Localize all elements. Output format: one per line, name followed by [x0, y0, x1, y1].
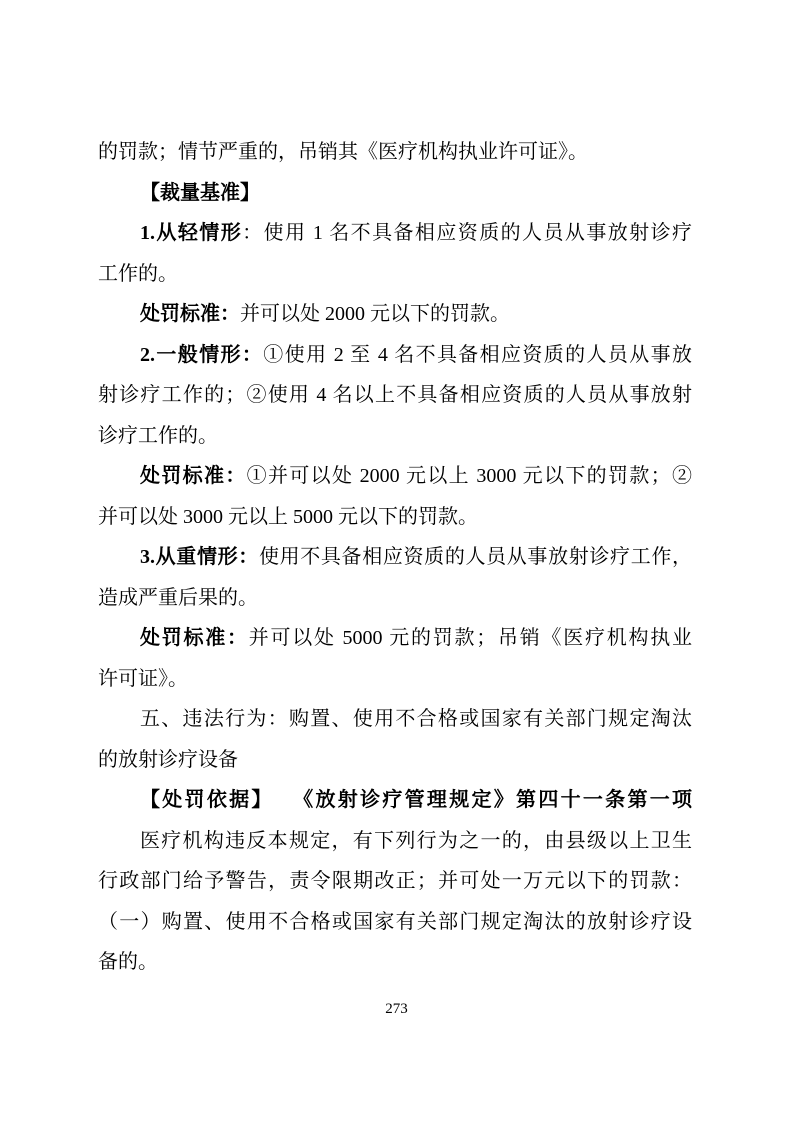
text-segment: 并可以处 3000 元以上 5000 元以下的罚款。 — [98, 506, 478, 528]
bold-text-segment: 《放射诊疗管理规定》第四十一条第一项 — [293, 789, 692, 811]
text-segment: 许可证》。 — [98, 668, 188, 690]
text-line: 许可证》。 — [98, 659, 692, 700]
text-line: 的放射诊疗设备 — [98, 740, 692, 781]
text-line: 1.从轻情形：使用 1 名不具备相应资质的人员从事放射诊疗 — [98, 213, 692, 254]
text-segment: ①并可以处 2000 元以上 3000 元以下的罚款；② — [247, 465, 692, 487]
text-line: 并可以处 3000 元以上 5000 元以下的罚款。 — [98, 497, 692, 538]
text-segment: 医疗机构违反本规定，有下列行为之一的，由县级以上卫生 — [140, 830, 692, 852]
text-line: 诊疗工作的。 — [98, 416, 692, 457]
text-line: 3.从重情形：使用不具备相应资质的人员从事放射诊疗工作， — [98, 537, 692, 578]
text-line: 处罚标准：①并可以处 2000 元以上 3000 元以下的罚款；② — [98, 456, 692, 497]
bold-text-segment: 【裁量基准】 — [140, 182, 260, 204]
bold-text-segment: 2.一般情形： — [140, 344, 263, 366]
bold-text-segment: 3.从重情形： — [140, 546, 259, 568]
bold-text-segment: 处罚标准： — [140, 303, 240, 325]
text-segment: 备的。 — [98, 951, 158, 973]
bold-text-segment: 处罚标准： — [140, 465, 247, 487]
text-segment: （一）购置、使用不合格或国家有关部门规定淘汰的放射诊疗设 — [98, 911, 692, 933]
page-number: 273 — [0, 999, 793, 1019]
text-line: 射诊疗工作的；②使用 4 名以上不具备相应资质的人员从事放射 — [98, 375, 692, 416]
bold-text-segment: 1.从轻情形 — [140, 222, 242, 244]
text-line: 工作的。 — [98, 254, 692, 295]
bold-text-segment: 处罚标准： — [140, 627, 249, 649]
text-line: （一）购置、使用不合格或国家有关部门规定淘汰的放射诊疗设 — [98, 902, 692, 943]
text-line: 医疗机构违反本规定，有下列行为之一的，由县级以上卫生 — [98, 821, 692, 862]
text-segment: 行政部门给予警告，责令限期改正；并可处一万元以下的罚款： — [98, 870, 692, 892]
text-line: 五、违法行为：购置、使用不合格或国家有关部门规定淘汰 — [98, 699, 692, 740]
text-line: 【处罚依据】 《放射诊疗管理规定》第四十一条第一项 — [98, 780, 692, 821]
text-line: 备的。 — [98, 942, 692, 983]
bold-text-segment: 【处罚依据】 — [140, 789, 264, 811]
text-segment: 并可以处 2000 元以下的罚款。 — [240, 303, 510, 325]
text-segment: 诊疗工作的。 — [98, 425, 218, 447]
text-segment: 造成严重后果的。 — [98, 587, 258, 609]
text-segment: 并可以处 5000 元的罚款；吊销《医疗机构执业 — [249, 627, 692, 649]
text-line: 行政部门给予警告，责令限期改正；并可处一万元以下的罚款： — [98, 861, 692, 902]
text-line: 2.一般情形：①使用 2 至 4 名不具备相应资质的人员从事放 — [98, 335, 692, 376]
document-page: 的罚款；情节严重的，吊销其《医疗机构执业许可证》。【裁量基准】1.从轻情形：使用… — [0, 0, 793, 1122]
text-line: 造成严重后果的。 — [98, 578, 692, 619]
bold-text-segment — [264, 789, 294, 811]
text-segment: 五、违法行为：购置、使用不合格或国家有关部门规定淘汰 — [140, 708, 692, 730]
text-line: 处罚标准：并可以处 5000 元的罚款；吊销《医疗机构执业 — [98, 618, 692, 659]
text-segment: ：使用 1 名不具备相应资质的人员从事放射诊疗 — [242, 222, 692, 244]
text-segment: 射诊疗工作的；②使用 4 名以上不具备相应资质的人员从事放射 — [98, 384, 692, 406]
text-segment: 的放射诊疗设备 — [98, 749, 238, 771]
text-line: 的罚款；情节严重的，吊销其《医疗机构执业许可证》。 — [98, 132, 692, 173]
text-segment: 工作的。 — [98, 263, 178, 285]
document-body: 的罚款；情节严重的，吊销其《医疗机构执业许可证》。【裁量基准】1.从轻情形：使用… — [98, 132, 692, 983]
text-segment: 使用不具备相应资质的人员从事放射诊疗工作， — [259, 546, 692, 568]
text-segment: 的罚款；情节严重的，吊销其《医疗机构执业许可证》。 — [98, 141, 588, 163]
text-line: 处罚标准：并可以处 2000 元以下的罚款。 — [98, 294, 692, 335]
text-line: 【裁量基准】 — [98, 173, 692, 214]
text-segment: ①使用 2 至 4 名不具备相应资质的人员从事放 — [263, 344, 692, 366]
